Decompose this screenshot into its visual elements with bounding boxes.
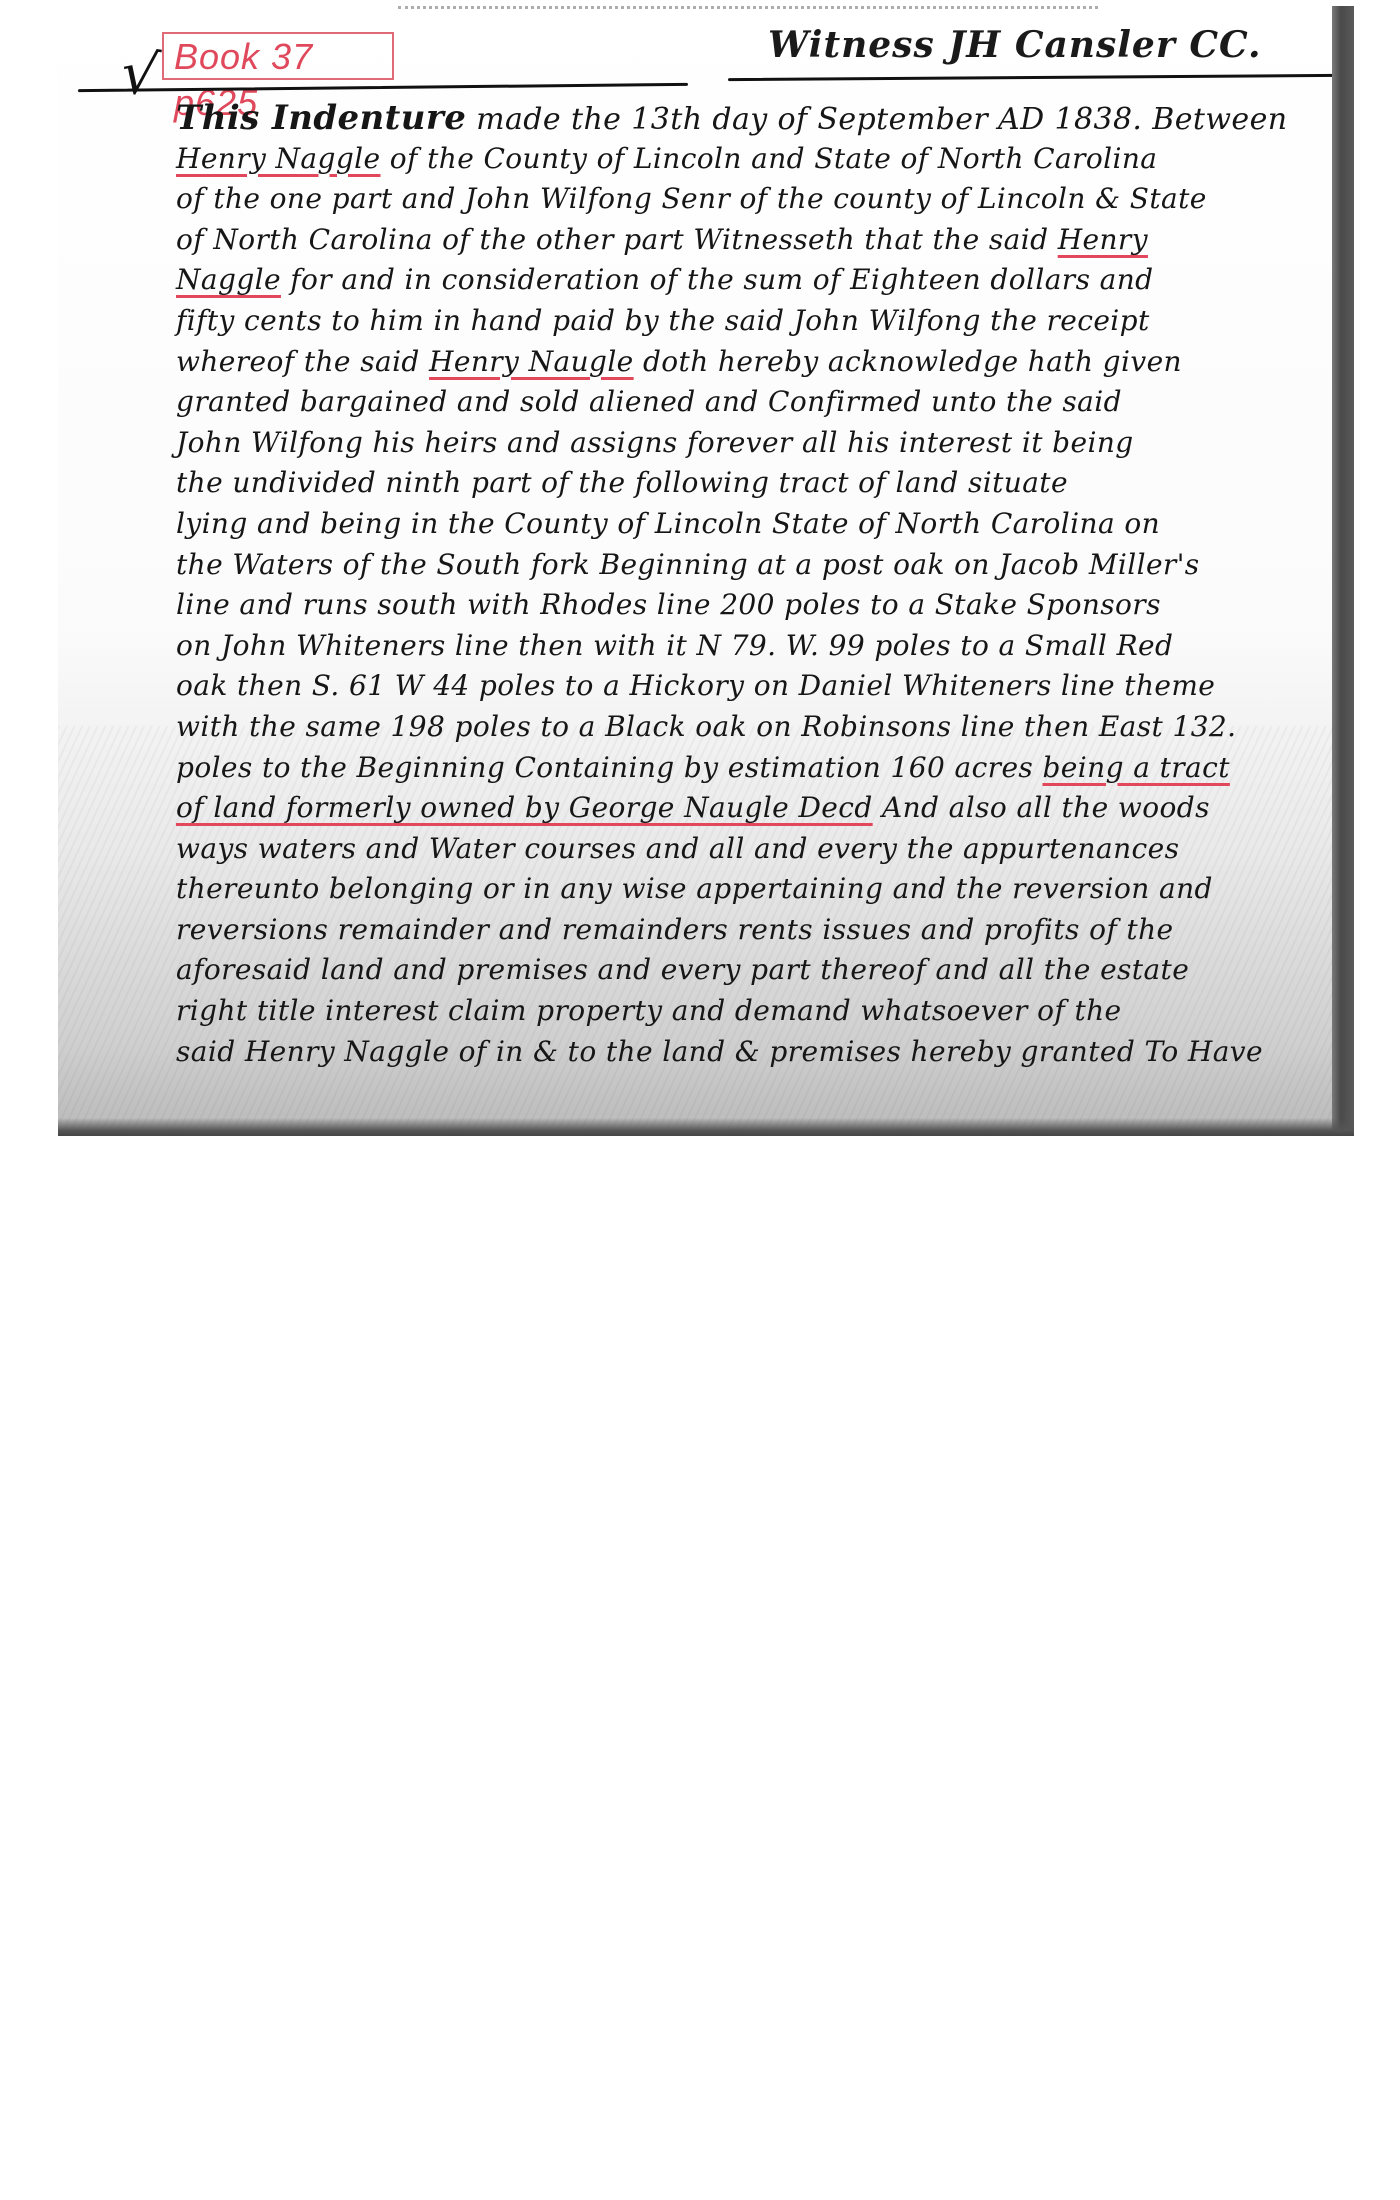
deed-text: granted bargained and sold aliened and C… — [176, 385, 1122, 418]
deed-text: fifty cents to him in hand paid by the s… — [176, 304, 1150, 337]
deed-line: Naggle for and in consideration of the s… — [176, 260, 1346, 301]
deed-line: thereunto belonging or in any wise apper… — [176, 869, 1346, 910]
deed-text: John Wilfong his heirs and assigns forev… — [176, 426, 1134, 459]
underlined-text: being a tract — [1042, 751, 1229, 784]
deed-line: poles to the Beginning Containing by est… — [176, 748, 1346, 789]
deed-line: granted bargained and sold aliened and C… — [176, 382, 1346, 423]
header-rule-right — [728, 74, 1338, 81]
deed-text: thereunto belonging or in any wise apper… — [176, 872, 1213, 905]
deed-line: whereof the said Henry Naugle doth hereb… — [176, 342, 1346, 383]
underlined-text: Henry Naggle — [176, 142, 381, 175]
deed-text: on John Whiteners line then with it N 79… — [176, 629, 1173, 662]
deed-text: poles to the Beginning Containing by est… — [176, 751, 1042, 784]
deed-text: right title interest claim property and … — [176, 994, 1122, 1027]
scan-right-border — [1332, 6, 1354, 1136]
underlined-text: of land formerly owned by George Naugle … — [176, 791, 873, 824]
deed-text: for and in consideration of the sum of E… — [281, 263, 1154, 296]
deed-line: This Indenture made the 13th day of Sept… — [176, 98, 1346, 139]
deed-line: lying and being in the County of Lincoln… — [176, 504, 1346, 545]
deed-line: fifty cents to him in hand paid by the s… — [176, 301, 1346, 342]
book-page-stamp: Book 37 p625 — [162, 32, 394, 80]
deed-text: made the 13th day of September AD 1838. … — [466, 102, 1287, 137]
deed-text: reversions remainder and remainders rent… — [176, 913, 1173, 946]
deed-text: whereof the said — [176, 345, 429, 378]
scan-top-artifact — [398, 6, 1098, 13]
deed-text: line and runs south with Rhodes line 200… — [176, 588, 1161, 621]
deed-line: with the same 198 poles to a Black oak o… — [176, 707, 1346, 748]
deed-text: of the one part and John Wilfong Senr of… — [176, 182, 1207, 215]
check-mark-icon: √ — [115, 42, 166, 127]
deed-text: oak then S. 61 W 44 poles to a Hickory o… — [176, 669, 1215, 702]
deed-text: said Henry Naggle of in & to the land & … — [176, 1035, 1263, 1068]
deed-line: the Waters of the South fork Beginning a… — [176, 545, 1346, 586]
deed-line: Henry Naggle of the County of Lincoln an… — [176, 139, 1346, 180]
deed-text: of the County of Lincoln and State of No… — [381, 142, 1158, 175]
scan-bottom-border — [58, 1118, 1354, 1136]
deed-text: ways waters and Water courses and all an… — [176, 832, 1179, 865]
deed-line: right title interest claim property and … — [176, 991, 1346, 1032]
deed-line: John Wilfong his heirs and assigns forev… — [176, 423, 1346, 464]
deed-line: the undivided ninth part of the followin… — [176, 463, 1346, 504]
deed-text: This Indenture — [176, 98, 466, 138]
deed-line: reversions remainder and remainders rent… — [176, 910, 1346, 951]
deed-line: line and runs south with Rhodes line 200… — [176, 585, 1346, 626]
deed-text: lying and being in the County of Lincoln… — [176, 507, 1160, 540]
deed-line: of North Carolina of the other part Witn… — [176, 220, 1346, 261]
deed-text: the Waters of the South fork Beginning a… — [176, 548, 1200, 581]
underlined-text: Henry Naugle — [429, 345, 634, 378]
scanned-deed-page: √ Book 37 p625 Witness JH Cansler CC. Th… — [58, 6, 1354, 1136]
underlined-text: Henry — [1058, 223, 1148, 256]
deed-text: of North Carolina of the other part Witn… — [176, 223, 1058, 256]
deed-text: doth hereby acknowledge hath given — [634, 345, 1182, 378]
deed-text: with the same 198 poles to a Black oak o… — [176, 710, 1236, 743]
deed-line: said Henry Naggle of in & to the land & … — [176, 1032, 1346, 1073]
deed-line: on John Whiteners line then with it N 79… — [176, 626, 1346, 667]
deed-line: of land formerly owned by George Naugle … — [176, 788, 1346, 829]
deed-text: aforesaid land and premises and every pa… — [176, 953, 1189, 986]
witness-header: Witness JH Cansler CC. — [768, 24, 1262, 66]
deed-line: aforesaid land and premises and every pa… — [176, 950, 1346, 991]
deed-line: ways waters and Water courses and all an… — [176, 829, 1346, 870]
deed-text: And also all the woods — [873, 791, 1210, 824]
deed-line: oak then S. 61 W 44 poles to a Hickory o… — [176, 666, 1346, 707]
deed-body: This Indenture made the 13th day of Sept… — [176, 98, 1346, 1072]
deed-text: the undivided ninth part of the followin… — [176, 466, 1068, 499]
header-rule-left — [78, 83, 688, 92]
deed-line: of the one part and John Wilfong Senr of… — [176, 179, 1346, 220]
underlined-text: Naggle — [176, 263, 281, 296]
